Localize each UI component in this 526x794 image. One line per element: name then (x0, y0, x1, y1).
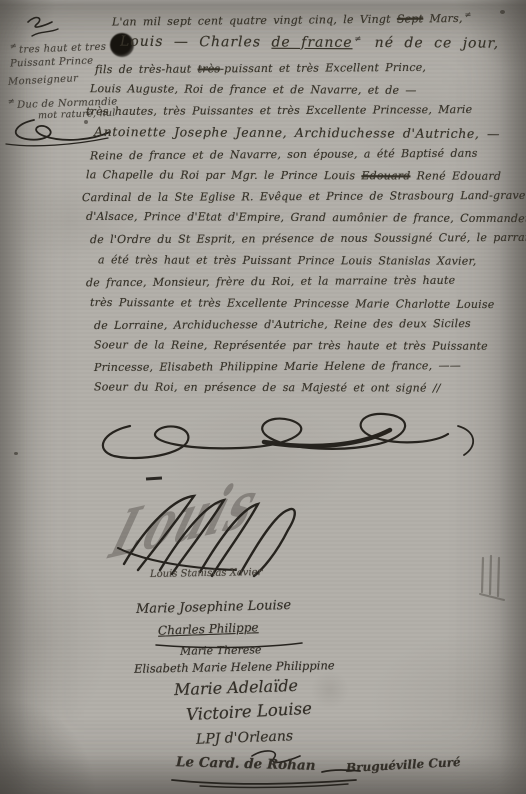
body-line-13: de france, Monsieur, frère du Roi, et la… (86, 274, 455, 290)
body-text: Mars, (423, 12, 463, 25)
signature-elisabeth: Elisabeth Marie Helene Philippine (134, 658, 335, 675)
body-line-18: Soeur du Roi, en présence de sa Majesté … (94, 380, 441, 394)
renvoi-mark: ≠ (10, 41, 17, 50)
renvoi-mark: ≠ (8, 97, 15, 106)
struck-word: Edouard (361, 169, 410, 182)
body-line-11: de l'Ordre du St Esprit, en présence de … (90, 231, 526, 246)
closing-flourish (92, 398, 492, 468)
body-line-5: très hautes, très Puissantes et très Exc… (86, 103, 472, 118)
body-line-10: d'Alsace, Prince d'Etat d'Empire, Grand … (86, 210, 526, 225)
body-line-4: Louis Auguste, Roi de france et de Navar… (90, 82, 417, 97)
body-line-9: Cardinal de la Ste Eglise R. Evêque et P… (82, 189, 526, 204)
body-line-7: Reine de france et de Navarre, son épous… (90, 147, 478, 163)
rohan-underline-flourish (170, 776, 360, 790)
body-text: fils de très-haut (95, 62, 198, 76)
signature-orleans: LPJ d'Orleans (196, 728, 294, 747)
body-text: né de ce jour, (364, 35, 499, 52)
ink-speck (500, 10, 505, 14)
body-text: Louis — Charles (120, 34, 272, 51)
signature-adelaide: Marie Adelaïde (174, 676, 299, 699)
margin-note-line3: Monseigneur (8, 73, 79, 88)
body-line-12: a été très haut et très Puissant Prince … (98, 253, 476, 267)
body-line-1: L'an mil sept cent quatre vingt cinq, le… (112, 10, 474, 28)
signature-victoire: Victoire Louise (186, 699, 313, 725)
struck-word: très (198, 62, 221, 75)
signature-cure: Bruguéville Curé (346, 755, 461, 775)
renvoi-mark: ≠ (355, 34, 363, 43)
margin-note-line2: Puissant Prince (10, 56, 94, 70)
body-line-17: Princesse, Elisabeth Philippine Marie He… (94, 359, 461, 374)
struck-word: Sept (397, 12, 423, 25)
margin-note-line1: ≠tres haut et tres (8, 38, 107, 56)
signature-provence: Louis Stanislas Xavier (150, 567, 262, 580)
body-line-3: fils de très-haut très-puissant et très … (95, 61, 426, 76)
body-line-2: Louis — Charles de france≠ né de ce jour… (120, 33, 499, 52)
faint-tally-mark (478, 552, 506, 604)
body-text: L'an mil sept cent quatre vingt cinq, le… (112, 13, 397, 29)
body-line-15: de Lorraine, Archiduchesse d'Autriche, R… (94, 317, 471, 332)
body-line-6: Antoinette Josephe Jeanne, Archiduchesse… (94, 124, 500, 141)
ink-speck (14, 452, 18, 455)
pen-dash-mark (146, 476, 162, 480)
body-line-8: la Chapelle du Roi par Mgr. le Prince Lo… (86, 168, 501, 182)
body-line-16: Soeur de la Reine, Représentée par très … (94, 338, 488, 352)
renvoi-mark: ≠ (465, 10, 472, 19)
margin-note-text: tres haut et tres (19, 42, 106, 56)
body-text: -puissant et très Excellent Prince, (220, 61, 426, 75)
underlined-word: de france (271, 34, 352, 50)
signature-marie-therese: Marie Therese (180, 643, 262, 657)
signature-provence-wife: Marie Josephine Louise (136, 598, 291, 617)
manuscript-scan: ≠tres haut et tres Puissant Prince Monse… (0, 0, 526, 794)
body-text: René Edouard (410, 169, 501, 182)
body-text: la Chapelle du Roi par Mgr. le Prince Lo… (86, 168, 361, 182)
body-line-14: très Puissante et très Excellente Prince… (90, 296, 495, 311)
signature-artois: Charles Philippe (158, 620, 259, 637)
cure-entry-stroke (320, 766, 362, 776)
signature-rohan: Le Card. de Rohan (176, 754, 316, 774)
